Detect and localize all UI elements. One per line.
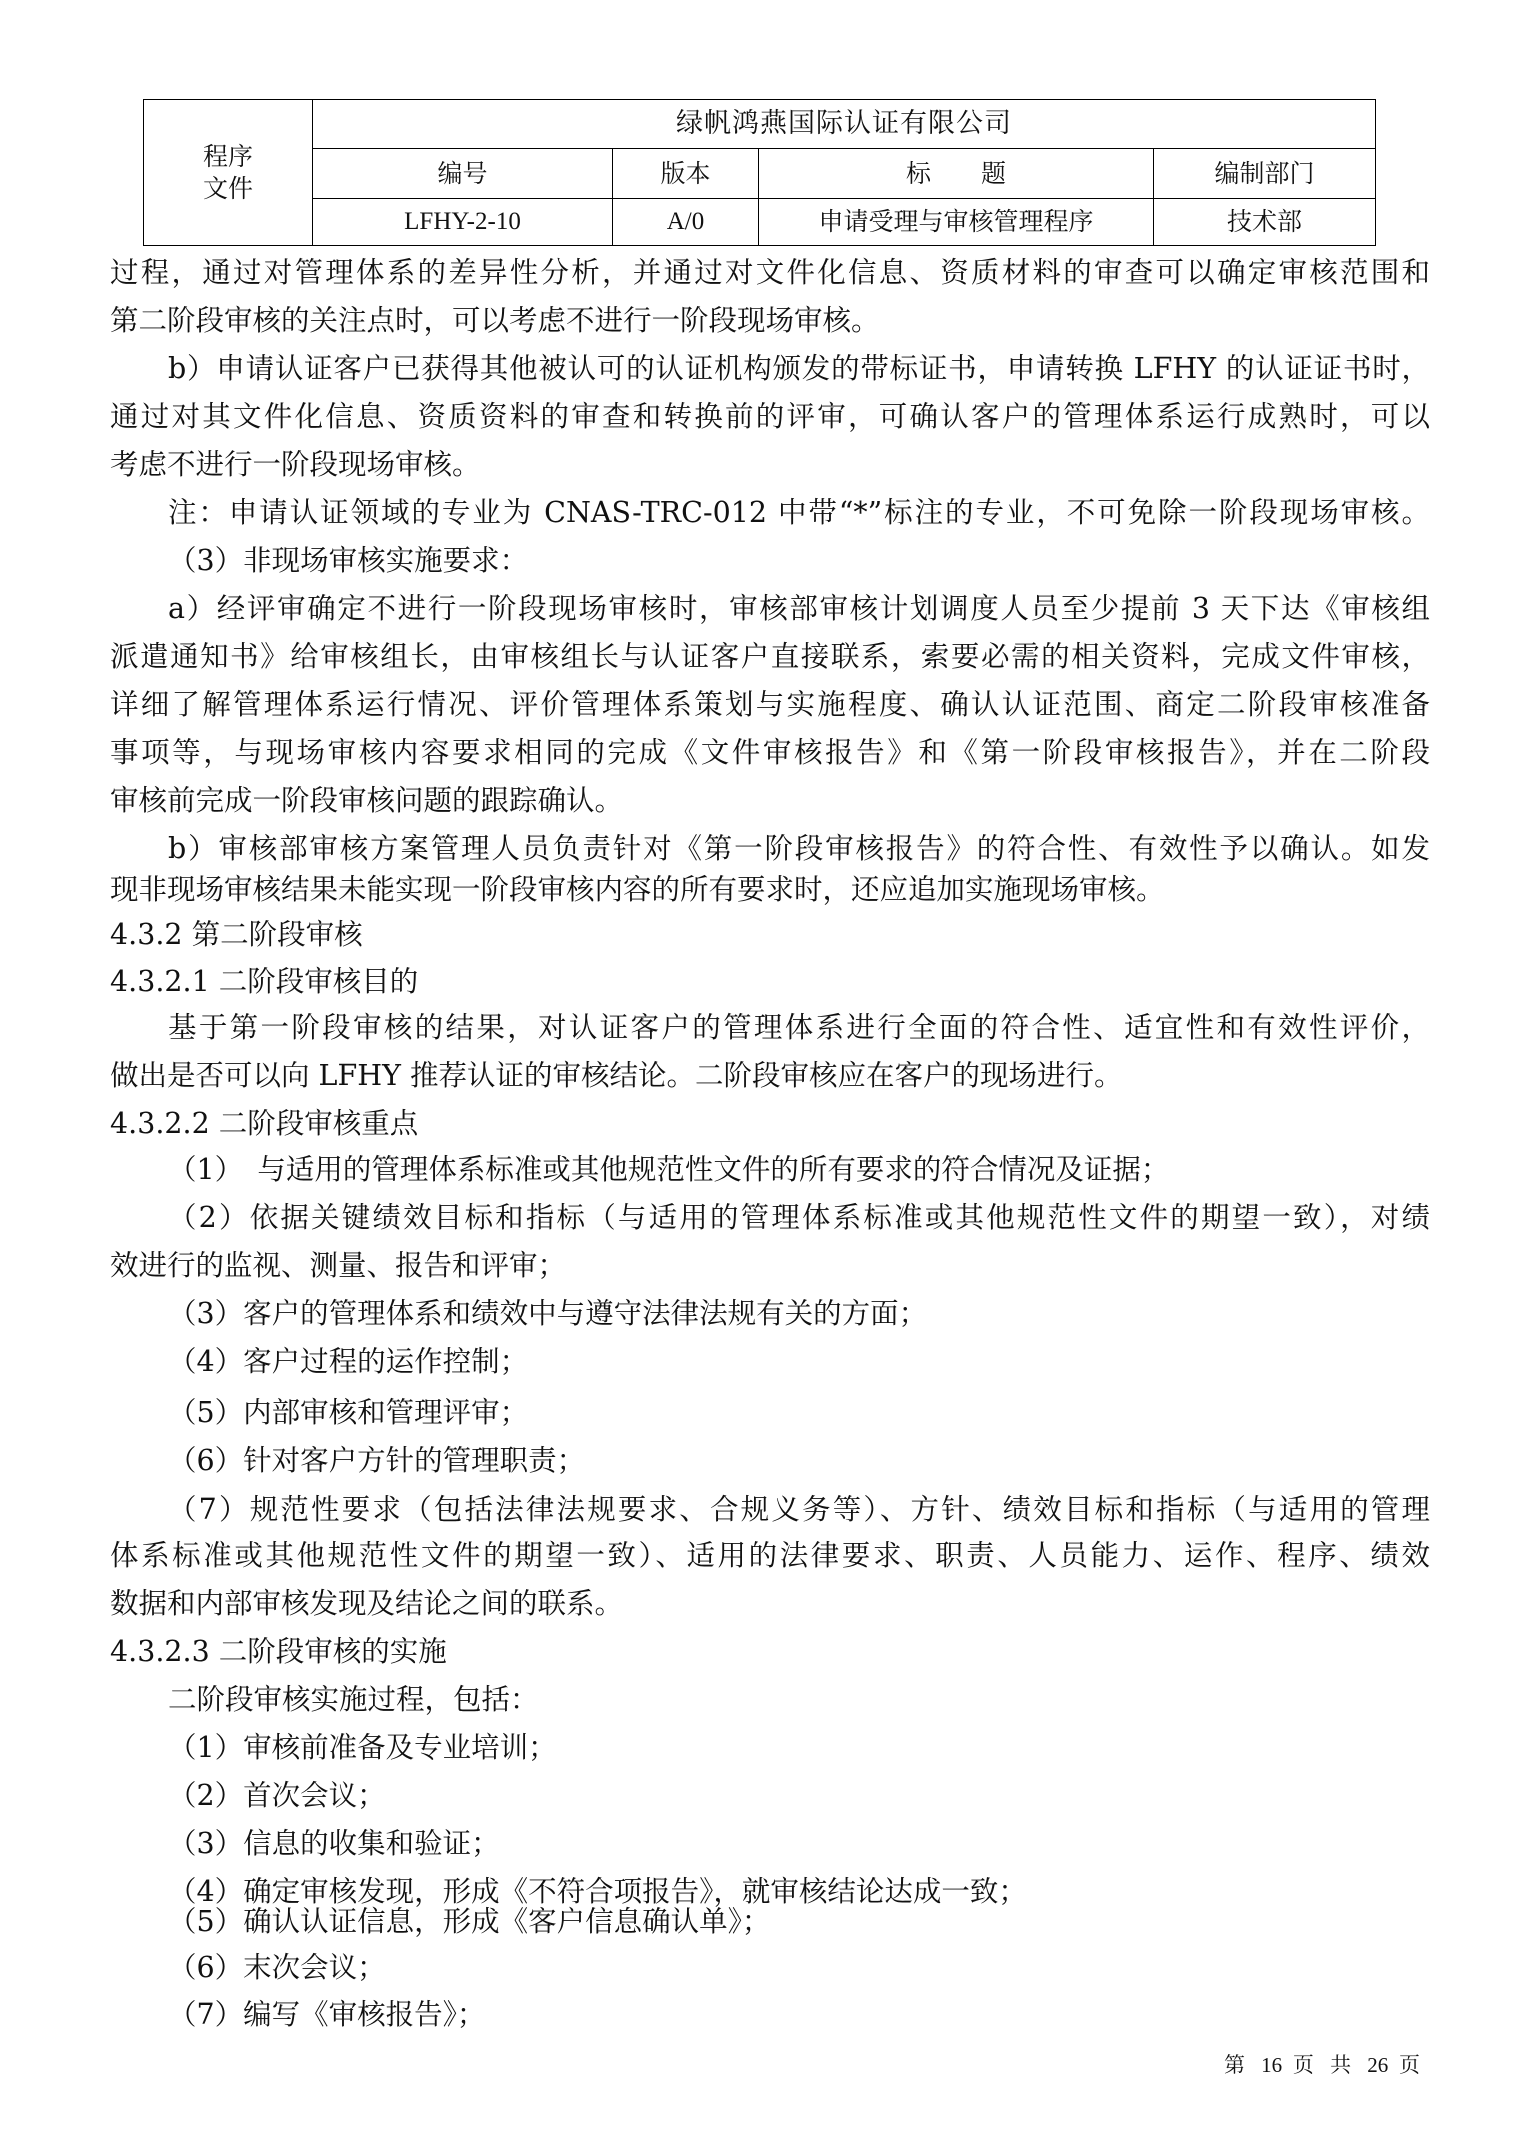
list-item: （6）末次会议； (168, 1948, 386, 1988)
list-item: （1）审核前准备及专业培训； (168, 1728, 557, 1768)
section-heading-4-3-2-3: 4.3.2.3 二阶段审核的实施 (110, 1632, 447, 1672)
body-line: 事项等，与现场审核内容要求相同的完成《文件审核报告》和《第一阶段审核报告》，并在… (110, 733, 1430, 773)
col-header-title: 标 题 (759, 149, 1154, 199)
body-line: 第二阶段审核的关注点时，可以考虑不进行一阶段现场审核。 (110, 301, 880, 341)
body-line: b）申请认证客户已获得其他被认可的认证机构颁发的带标证书，申请转换 LFHY 的… (168, 349, 1430, 389)
list-item: （5）确认认证信息，形成《客户信息确认单》； (168, 1902, 770, 1942)
section-heading-4-3-2-2: 4.3.2.2 二阶段审核重点 (110, 1104, 418, 1144)
doc-version: A/0 (613, 199, 759, 246)
list-item: （3）信息的收集和验证； (168, 1824, 500, 1864)
col-header-number: 编号 (313, 149, 613, 199)
page-number-footer: 第 16 页 共 26 页 (1224, 2050, 1420, 2080)
doc-type-cell: 程序 文件 (144, 100, 313, 246)
list-item-continued: 数据和内部审核发现及结论之间的联系。 (110, 1584, 623, 1624)
list-item: （1） 与适用的管理体系标准或其他规范性文件的所有要求的符合情况及证据； (168, 1150, 1169, 1190)
col-header-version: 版本 (613, 149, 759, 199)
document-header-table: 程序 文件 绿帆鸿燕国际认证有限公司 编号 版本 标 题 编制部门 LFHY-2… (143, 99, 1376, 246)
body-line: 过程，通过对管理体系的差异性分析，并通过对文件化信息、资质材料的审查可以确定审核… (110, 253, 1430, 293)
body-line: 通过对其文件化信息、资质资料的审查和转换前的评审，可确认客户的管理体系运行成熟时… (110, 397, 1430, 437)
body-line: 详细了解管理体系运行情况、评价管理体系策划与实施程度、确认认证范围、商定二阶段审… (110, 685, 1430, 725)
list-item: （3）客户的管理体系和绩效中与遵守法律法规有关的方面； (168, 1294, 927, 1334)
doc-type-line-1: 程序 (144, 141, 312, 172)
body-line: 派遣通知书》给审核组长，由审核组长与认证客户直接联系，索要必需的相关资料，完成文… (110, 637, 1430, 677)
section-heading-4-3-2: 4.3.2 第二阶段审核 (110, 915, 363, 955)
company-name: 绿帆鸿燕国际认证有限公司 (313, 100, 1376, 149)
note-line: 注：申请认证领域的专业为 CNAS-TRC-012 中带“*”标注的专业，不可免… (168, 493, 1430, 533)
body-line: 做出是否可以向 LFHY 推荐认证的审核结论。二阶段审核应在客户的现场进行。 (110, 1056, 1123, 1096)
body-line: 审核前完成一阶段审核问题的跟踪确认。 (110, 781, 623, 821)
list-item-continued: 体系标准或其他规范性文件的期望一致）、适用的法律要求、职责、人员能力、运作、程序… (110, 1536, 1430, 1576)
body-line: 现非现场审核结果未能实现一阶段审核内容的所有要求时，还应追加实施现场审核。 (110, 870, 1165, 910)
list-item: （2）依据关键绩效目标和指标（与适用的管理体系标准或其他规范性文件的期望一致），… (168, 1198, 1430, 1238)
body-line: b）审核部审核方案管理人员负责针对《第一阶段审核报告》的符合性、有效性予以确认。… (168, 829, 1430, 869)
doc-type-line-2: 文件 (144, 173, 312, 204)
doc-number: LFHY-2-10 (313, 199, 613, 246)
body-line: 考虑不进行一阶段现场审核。 (110, 445, 481, 485)
section-heading-4-3-2-1: 4.3.2.1 二阶段审核目的 (110, 962, 418, 1002)
list-item-continued: 效进行的监视、测量、报告和评审； (110, 1246, 566, 1286)
document-page: 程序 文件 绿帆鸿燕国际认证有限公司 编号 版本 标 题 编制部门 LFHY-2… (0, 0, 1514, 2140)
list-item: （5）内部审核和管理评审； (168, 1393, 528, 1433)
list-item: （6）针对客户方针的管理职责； (168, 1441, 585, 1481)
doc-department: 技术部 (1154, 199, 1376, 246)
doc-title: 申请受理与审核管理程序 (759, 199, 1154, 246)
list-item: （7）编写《审核报告》； (168, 1995, 485, 2035)
list-item: （4）客户过程的运作控制； (168, 1342, 528, 1382)
col-header-department: 编制部门 (1154, 149, 1376, 199)
body-line: 二阶段审核实施过程，包括： (168, 1680, 539, 1720)
body-line: a）经评审确定不进行一阶段现场审核时，审核部审核计划调度人员至少提前 3 天下达… (168, 589, 1430, 629)
body-line: 基于第一阶段审核的结果，对认证客户的管理体系进行全面的符合性、适宜性和有效性评价… (168, 1008, 1430, 1048)
subsection-heading: （3）非现场审核实施要求： (168, 541, 528, 581)
list-item: （7）规范性要求（包括法律法规要求、合规义务等）、方针、绩效目标和指标（与适用的… (168, 1490, 1430, 1530)
list-item: （2）首次会议； (168, 1776, 386, 1816)
